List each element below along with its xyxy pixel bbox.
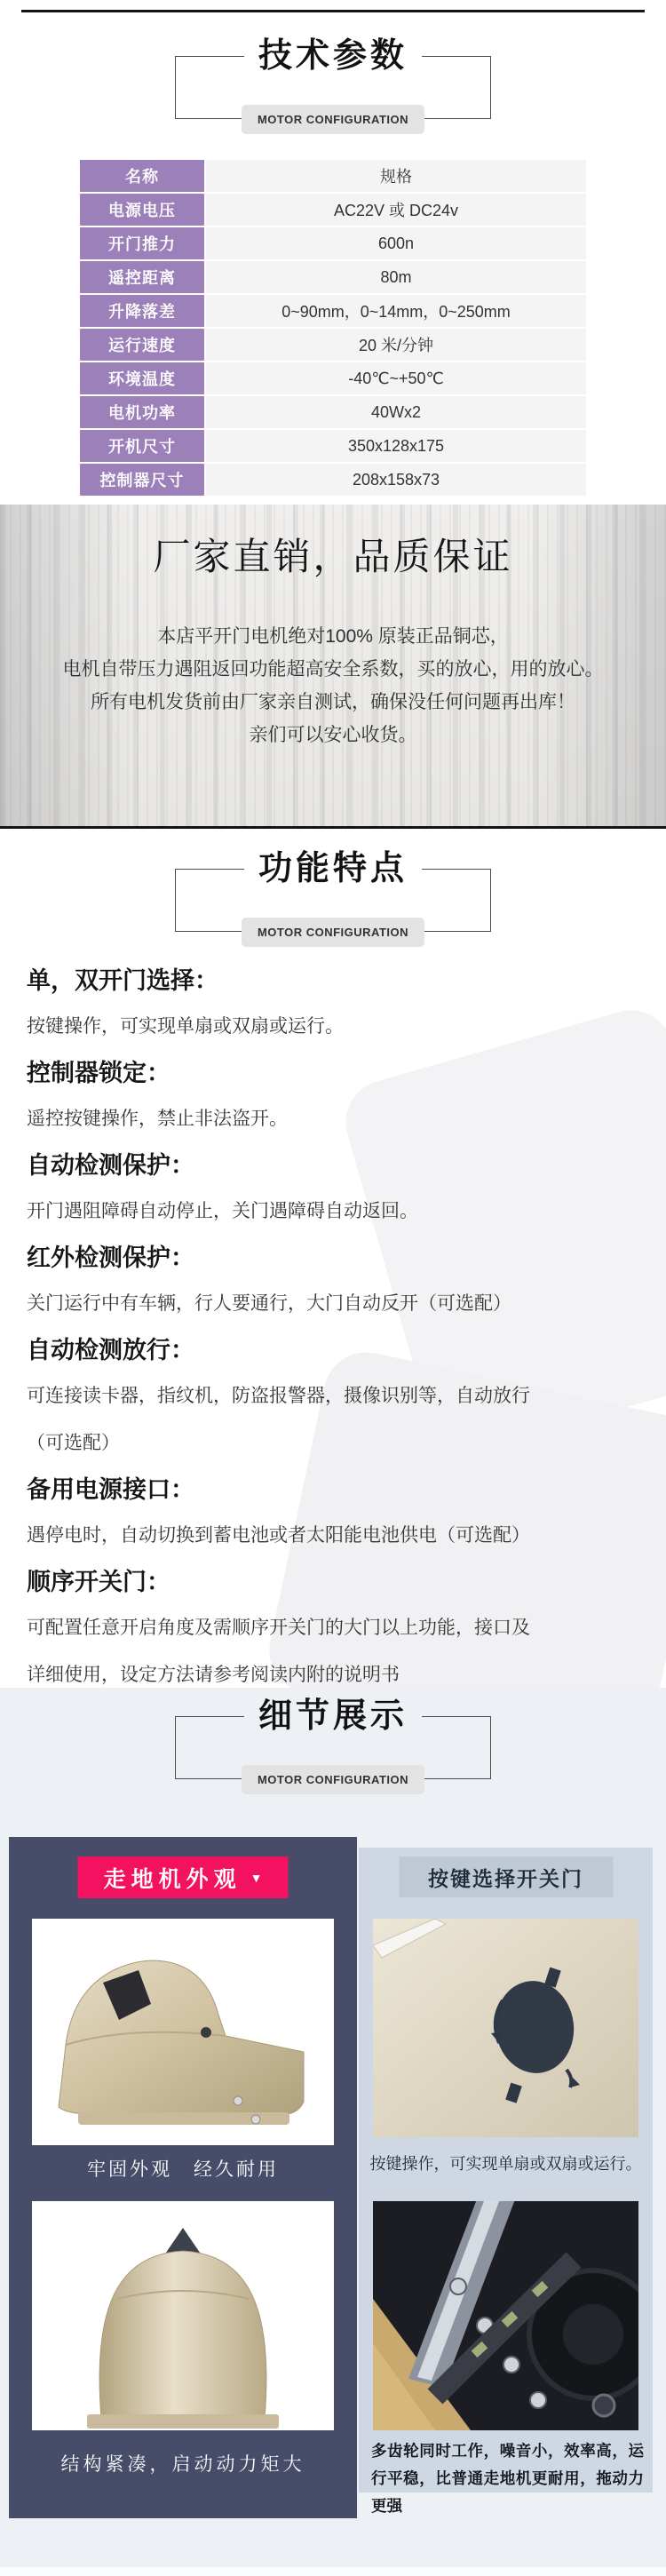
feature-item: 控制器锁定： 遥控按键操作，禁止非法盗开。 — [27, 1057, 641, 1142]
spec-label: 开门推力 — [80, 227, 204, 259]
feature-heading: 自动检测放行： — [27, 1334, 641, 1367]
quality-section: 厂家直销，品质保证 本店平开门电机绝对100% 原装正品铜芯， 电机自带压力遇阻… — [0, 505, 666, 828]
spec-value: 350x128x175 — [206, 430, 586, 462]
quality-text: 本店平开门电机绝对100% 原装正品铜芯， 电机自带压力遇阻返回功能超高安全系数… — [0, 620, 666, 751]
feature-item: 自动检测保护： 开门遇阻障碍自动停止，关门遇障碍自动返回。 — [27, 1149, 641, 1235]
feature-item: 红外检测保护： 关门运行中有车辆，行人要通行，大门自动反开（可选配） — [27, 1242, 641, 1327]
feature-list: 单，双开门选择： 按键操作，可实现单扇或双扇或运行。 控制器锁定： 遥控按键操作… — [27, 965, 641, 1705]
quality-line: 亲们可以安心收货。 — [0, 719, 666, 751]
feature-heading: 红外检测保护： — [27, 1242, 641, 1275]
button-caption-1: 按键操作，可实现单扇或双扇或运行。 — [361, 2151, 651, 2174]
quality-line: 本店平开门电机绝对100% 原装正品铜芯， — [0, 620, 666, 653]
gears-caption: 多齿轮同时工作，噪音小，效率高，运行平稳，比普通走地机更耐用，拖动力更强 — [371, 2437, 644, 2520]
quality-title: 厂家直销，品质保证 — [0, 528, 666, 581]
feature-item: 单，双开门选择： 按键操作，可实现单扇或双扇或运行。 — [27, 965, 641, 1050]
section-title-tech: 技术参数 — [244, 34, 422, 78]
spec-value: 20 米/分钟 — [206, 329, 586, 361]
section-header-details: 细节展示 MOTOR CONFIGURATION — [0, 1694, 666, 1799]
quality-line: 所有电机发货前由厂家亲自测试，确保没任何问题再出库！ — [0, 686, 666, 719]
spec-value: 40Wx2 — [206, 396, 586, 428]
feature-heading: 备用电源接口： — [27, 1474, 641, 1507]
motor-front-photo — [32, 2201, 334, 2430]
spec-label: 升降落差 — [80, 295, 204, 327]
spec-value: 208x158x73 — [206, 464, 586, 496]
feature-body: 可配置任意开启角度及需顺序开关门的大门以上功能，接口及 详细使用，设定方法请参考… — [27, 1604, 641, 1698]
spec-row: 电源电压 AC22V 或 DC24v — [80, 194, 586, 226]
motor-side-illustration — [32, 1919, 334, 2145]
section-badge-features: MOTOR CONFIGURATION — [242, 918, 424, 947]
feature-heading: 单，双开门选择： — [27, 965, 641, 998]
spec-value: 规格 — [206, 160, 586, 192]
feature-body: 开门遇阻障碍自动停止，关门遇障碍自动返回。 — [27, 1188, 641, 1235]
push-button-photo — [373, 1919, 638, 2137]
spec-row: 控制器尺寸 208x158x73 — [80, 464, 586, 496]
feature-body: 遥控按键操作，禁止非法盗开。 — [27, 1095, 641, 1142]
feature-body: 按键操作，可实现单扇或双扇或运行。 — [27, 1003, 641, 1050]
section-divider — [0, 826, 666, 829]
button-banner-label: 按键选择开关门 — [428, 1863, 583, 1892]
spec-value: 600n — [206, 227, 586, 259]
spec-label: 名称 — [80, 160, 204, 192]
spec-row: 开门推力 600n — [80, 227, 586, 259]
feature-heading: 顺序开关门： — [27, 1566, 641, 1599]
spec-row: 开机尺寸 350x128x175 — [80, 430, 586, 462]
section-badge-tech: MOTOR CONFIGURATION — [242, 105, 424, 134]
top-divider — [21, 10, 645, 12]
triangle-down-icon: ▼ — [250, 1871, 263, 1885]
feature-item: 顺序开关门： 可配置任意开启角度及需顺序开关门的大门以上功能，接口及 详细使用，… — [27, 1566, 641, 1698]
spec-label: 遥控距离 — [80, 261, 204, 293]
motor-side-photo — [32, 1919, 334, 2145]
section-badge-details: MOTOR CONFIGURATION — [242, 1765, 424, 1794]
exterior-banner-label: 走地机外观 — [104, 1862, 242, 1894]
motor-front-illustration — [32, 2201, 334, 2430]
feature-heading: 控制器锁定： — [27, 1057, 641, 1090]
feature-item: 备用电源接口： 遇停电时，自动切换到蓄电池或者太阳能电池供电（可选配） — [27, 1474, 641, 1559]
section-header-tech: 技术参数 MOTOR CONFIGURATION — [0, 34, 666, 139]
spec-value: 80m — [206, 261, 586, 293]
spec-label: 电源电压 — [80, 194, 204, 226]
detail-card-button: 按键选择开关门 — [359, 1848, 653, 2493]
push-button-illustration — [373, 1919, 638, 2137]
feature-body: 遇停电时，自动切换到蓄电池或者太阳能电池供电（可选配） — [27, 1512, 641, 1559]
spec-row: 遥控距离 80m — [80, 261, 586, 293]
feature-item: 自动检测放行： 可连接读卡器，指纹机，防盗报警器，摄像识别等，自动放行 （可选配… — [27, 1334, 641, 1467]
exterior-caption-1: 牢固外观 经久耐用 — [9, 2155, 357, 2182]
quality-line: 电机自带压力遇阻返回功能超高安全系数，买的放心，用的放心。 — [0, 653, 666, 686]
feature-body: 可连接读卡器，指纹机，防盗报警器，摄像识别等，自动放行 （可选配） — [27, 1372, 641, 1467]
spec-label: 运行速度 — [80, 329, 204, 361]
gears-photo — [373, 2201, 638, 2430]
spec-table: 名称 规格 电源电压 AC22V 或 DC24v 开门推力 600n 遥控距离 … — [80, 160, 586, 496]
spec-row: 名称 规格 — [80, 160, 586, 192]
section-header-features: 功能特点 MOTOR CONFIGURATION — [0, 847, 666, 951]
spec-row: 电机功率 40Wx2 — [80, 396, 586, 428]
product-detail-page: 技术参数 MOTOR CONFIGURATION 名称 规格 电源电压 AC22… — [0, 0, 666, 2576]
spec-row: 环境温度 -40℃~+50℃ — [80, 362, 586, 394]
exterior-caption-2: 结构紧凑，启动动力矩大 — [9, 2450, 357, 2477]
spec-value: 0~90mm，0~14mm，0~250mm — [206, 295, 586, 327]
section-title-features: 功能特点 — [244, 847, 422, 891]
spec-value: AC22V 或 DC24v — [206, 194, 586, 226]
spec-value: -40℃~+50℃ — [206, 362, 586, 394]
spec-label: 开机尺寸 — [80, 430, 204, 462]
feature-heading: 自动检测保护： — [27, 1149, 641, 1182]
spec-label: 环境温度 — [80, 362, 204, 394]
detail-card-exterior: 走地机外观 ▼ 牢固外观 经久耐用 — [9, 1837, 357, 2518]
bottom-strip — [0, 2567, 666, 2576]
button-banner: 按键选择开关门 — [399, 1856, 613, 1897]
spec-label: 电机功率 — [80, 396, 204, 428]
spec-row: 升降落差 0~90mm，0~14mm，0~250mm — [80, 295, 586, 327]
exterior-banner: 走地机外观 ▼ — [78, 1856, 289, 1898]
gears-illustration — [373, 2201, 638, 2430]
spec-label: 控制器尺寸 — [80, 464, 204, 496]
feature-body: 关门运行中有车辆，行人要通行，大门自动反开（可选配） — [27, 1280, 641, 1327]
spec-row: 运行速度 20 米/分钟 — [80, 329, 586, 361]
